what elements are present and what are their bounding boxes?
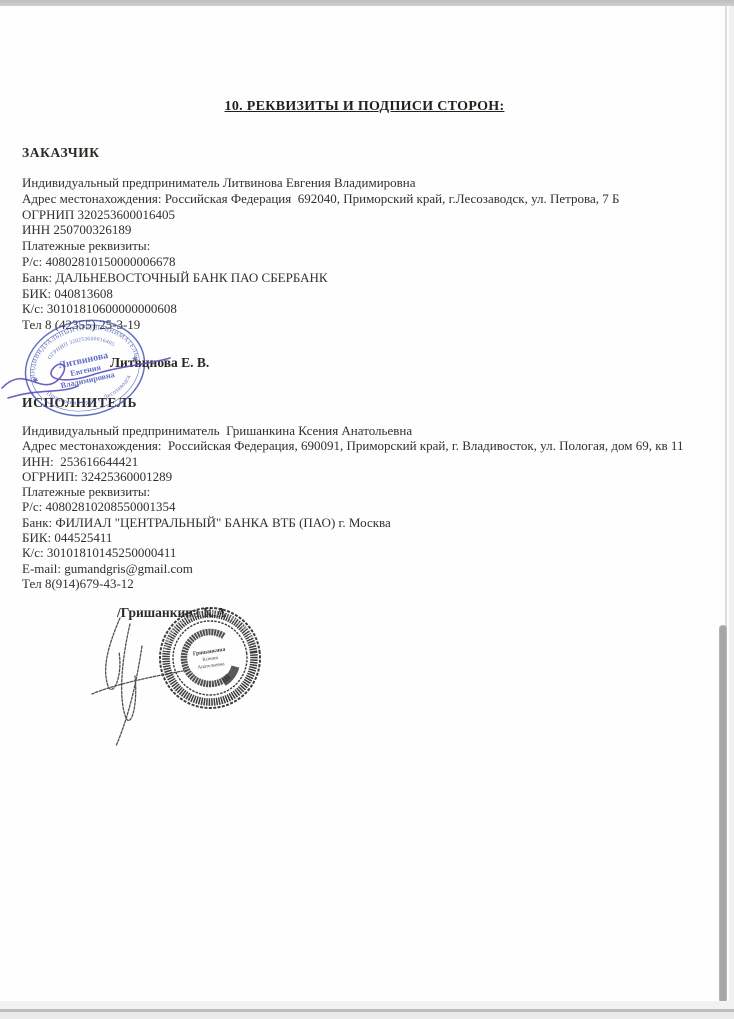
customer-detail-line: ИНН 250700326189 <box>22 222 619 238</box>
scan-viewport: 10. РЕКВИЗИТЫ И ПОДПИСИ СТОРОН: ЗАКАЗЧИК… <box>0 0 734 1019</box>
customer-signature-stroke <box>8 386 78 398</box>
scrollbar-thumb[interactable] <box>719 625 727 1003</box>
customer-heading: ЗАКАЗЧИК <box>22 145 100 161</box>
page-bottom-edge <box>0 1001 734 1009</box>
customer-detail-line: Адрес местонахождения: Российская Федера… <box>22 191 619 207</box>
executor-signature <box>80 606 220 756</box>
executor-signature-stroke <box>122 624 136 720</box>
customer-detail-line: ОГРНИП 320253600016405 <box>22 207 619 223</box>
section-title: 10. РЕКВИЗИТЫ И ПОДПИСИ СТОРОН: <box>0 99 729 115</box>
executor-detail-line: ОГРНИП: 32425360001289 <box>22 469 683 484</box>
scan-edge-bottom <box>0 1012 734 1019</box>
executor-detail-line: Банк: ФИЛИАЛ "ЦЕНТРАЛЬНЫЙ" БАНКА ВТБ (ПА… <box>22 515 683 530</box>
executor-details: Индивидуальный предприниматель Гришанкин… <box>22 423 683 591</box>
customer-detail-line: Индивидуальный предприниматель Литвинова… <box>22 175 619 191</box>
customer-signature <box>0 336 250 426</box>
executor-detail-line: БИК: 044525411 <box>22 530 683 545</box>
scan-right-margin <box>729 6 734 1019</box>
customer-detail-line: Платежные реквизиты: <box>22 238 619 254</box>
customer-signature-stroke <box>2 358 170 388</box>
executor-detail-line: Р/с: 40802810208550001354 <box>22 499 683 514</box>
executor-detail-line: ИНН: 253616644421 <box>22 454 683 469</box>
customer-detail-line: БИК: 040813608 <box>22 286 619 302</box>
scan-edge-top <box>0 0 734 6</box>
executor-detail-line: E-mail: gumandgris@gmail.com <box>22 561 683 576</box>
executor-stamp-arc-blob <box>222 667 238 683</box>
executor-signature-stroke <box>106 618 120 689</box>
executor-detail-line: Адрес местонахождения: Российская Федера… <box>22 438 683 453</box>
executor-detail-line: Тел 8(914)679-43-12 <box>22 576 683 591</box>
customer-detail-line: Р/с: 40802810150000006678 <box>22 254 619 270</box>
customer-detail-line: Банк: ДАЛЬНЕВОСТОЧНЫЙ БАНК ПАО СБЕРБАНК <box>22 270 619 286</box>
executor-detail-line: Платежные реквизиты: <box>22 484 683 499</box>
executor-detail-line: К/с: 30101810145250000411 <box>22 545 683 560</box>
document-page: 10. РЕКВИЗИТЫ И ПОДПИСИ СТОРОН: ЗАКАЗЧИК… <box>0 6 729 1001</box>
